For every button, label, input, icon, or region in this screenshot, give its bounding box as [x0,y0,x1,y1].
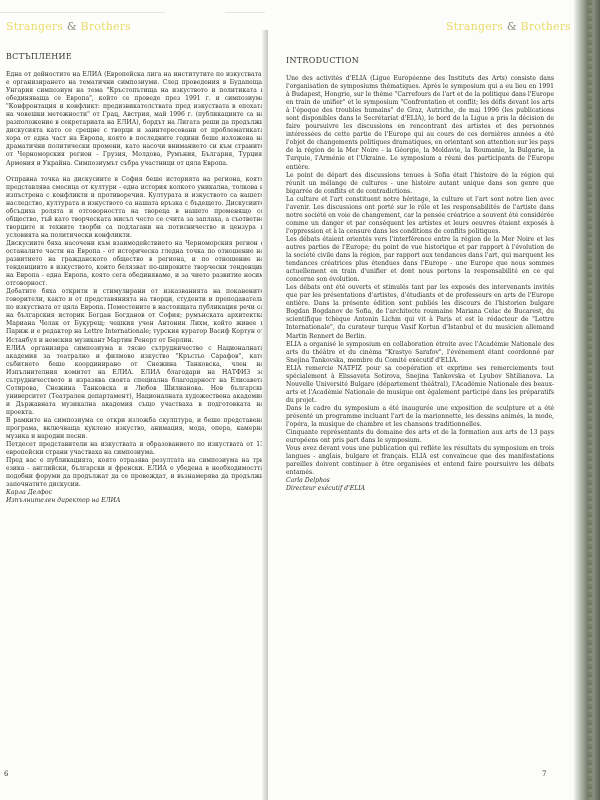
book-edge-pages [588,0,592,800]
scan-artifact-line [0,12,165,13]
book-edge [574,0,600,800]
page-number: 7 [542,770,546,778]
paragraph: Cinquante représentants du domaine des a… [286,429,554,445]
logo-ampersand: & [67,20,77,33]
signature-title: Изпълнителен директор на ЕЛИА [6,497,264,505]
left-page: Strangers & Brothers ВСТЪПЛЕНИЕ Една от … [0,0,268,800]
paragraph: La culture et l'art constituent notre hé… [286,196,554,236]
logo-ampersand: & [507,20,517,33]
paragraph: Les débats ont été ouverts et stimulés t… [286,284,554,340]
logo-word-strangers: Strangers [6,20,63,33]
publication-logo: Strangers & Brothers [6,20,131,33]
paragraph: Une des activités d'ELIA (Ligue Européen… [286,75,554,172]
body-text-bulgarian: Една от дейностите на ЕЛИА (Европейска л… [6,71,264,505]
paragraph: Една от дейностите на ЕЛИА (Европейска л… [6,71,264,168]
body-text-french: Une des activités d'ELIA (Ligue Européen… [286,75,554,493]
paragraph: Le point de départ des discussions tenue… [286,172,554,196]
logo-word-brothers: Brothers [81,20,131,33]
paragraph: Отправна точка на дискусиите в София беш… [6,176,264,240]
paragraph: Дискусиите бяха насочени към взаимодейст… [6,240,264,288]
paragraph: В рамките на симпозиума се откри изложба… [6,417,264,441]
signature-name: Carla Delphos [286,477,554,485]
paragraph: ELIA remercie NATFIZ pour sa coopération… [286,365,554,405]
paragraph: ELIA a organisé le symposium en collabor… [286,341,554,365]
paragraph: Дебатите бяха открити и стимулирани от и… [6,288,264,344]
signature-title: Directeur exécutif d'ELIA [286,485,554,493]
page-title: INTRODUCTION [286,56,359,65]
paragraph: Петдесет представители на изкуствата и о… [6,441,264,457]
paragraph: Vous avez devant vous une publication qu… [286,445,554,477]
logo-word-strangers: Strangers [446,20,503,33]
page-number: 6 [4,770,8,778]
logo-word-brothers: Brothers [521,20,571,33]
right-page: Strangers & Brothers INTRODUCTION Une de… [268,0,574,800]
page-title: ВСТЪПЛЕНИЕ [6,52,72,61]
paragraph: Пред вас е публикацията, която отразява … [6,457,264,489]
paragraph: ЕЛИА организира симпозиума в тясно сътру… [6,345,264,417]
publication-logo: Strangers & Brothers [446,20,571,33]
scan-artifact-line [225,12,265,13]
signature-name: Карла Делфос [6,489,264,497]
paragraph: Dans le cadre du symposium a été inaugur… [286,405,554,429]
paragraph: Les débats étaient orientés vers l'inter… [286,236,554,284]
